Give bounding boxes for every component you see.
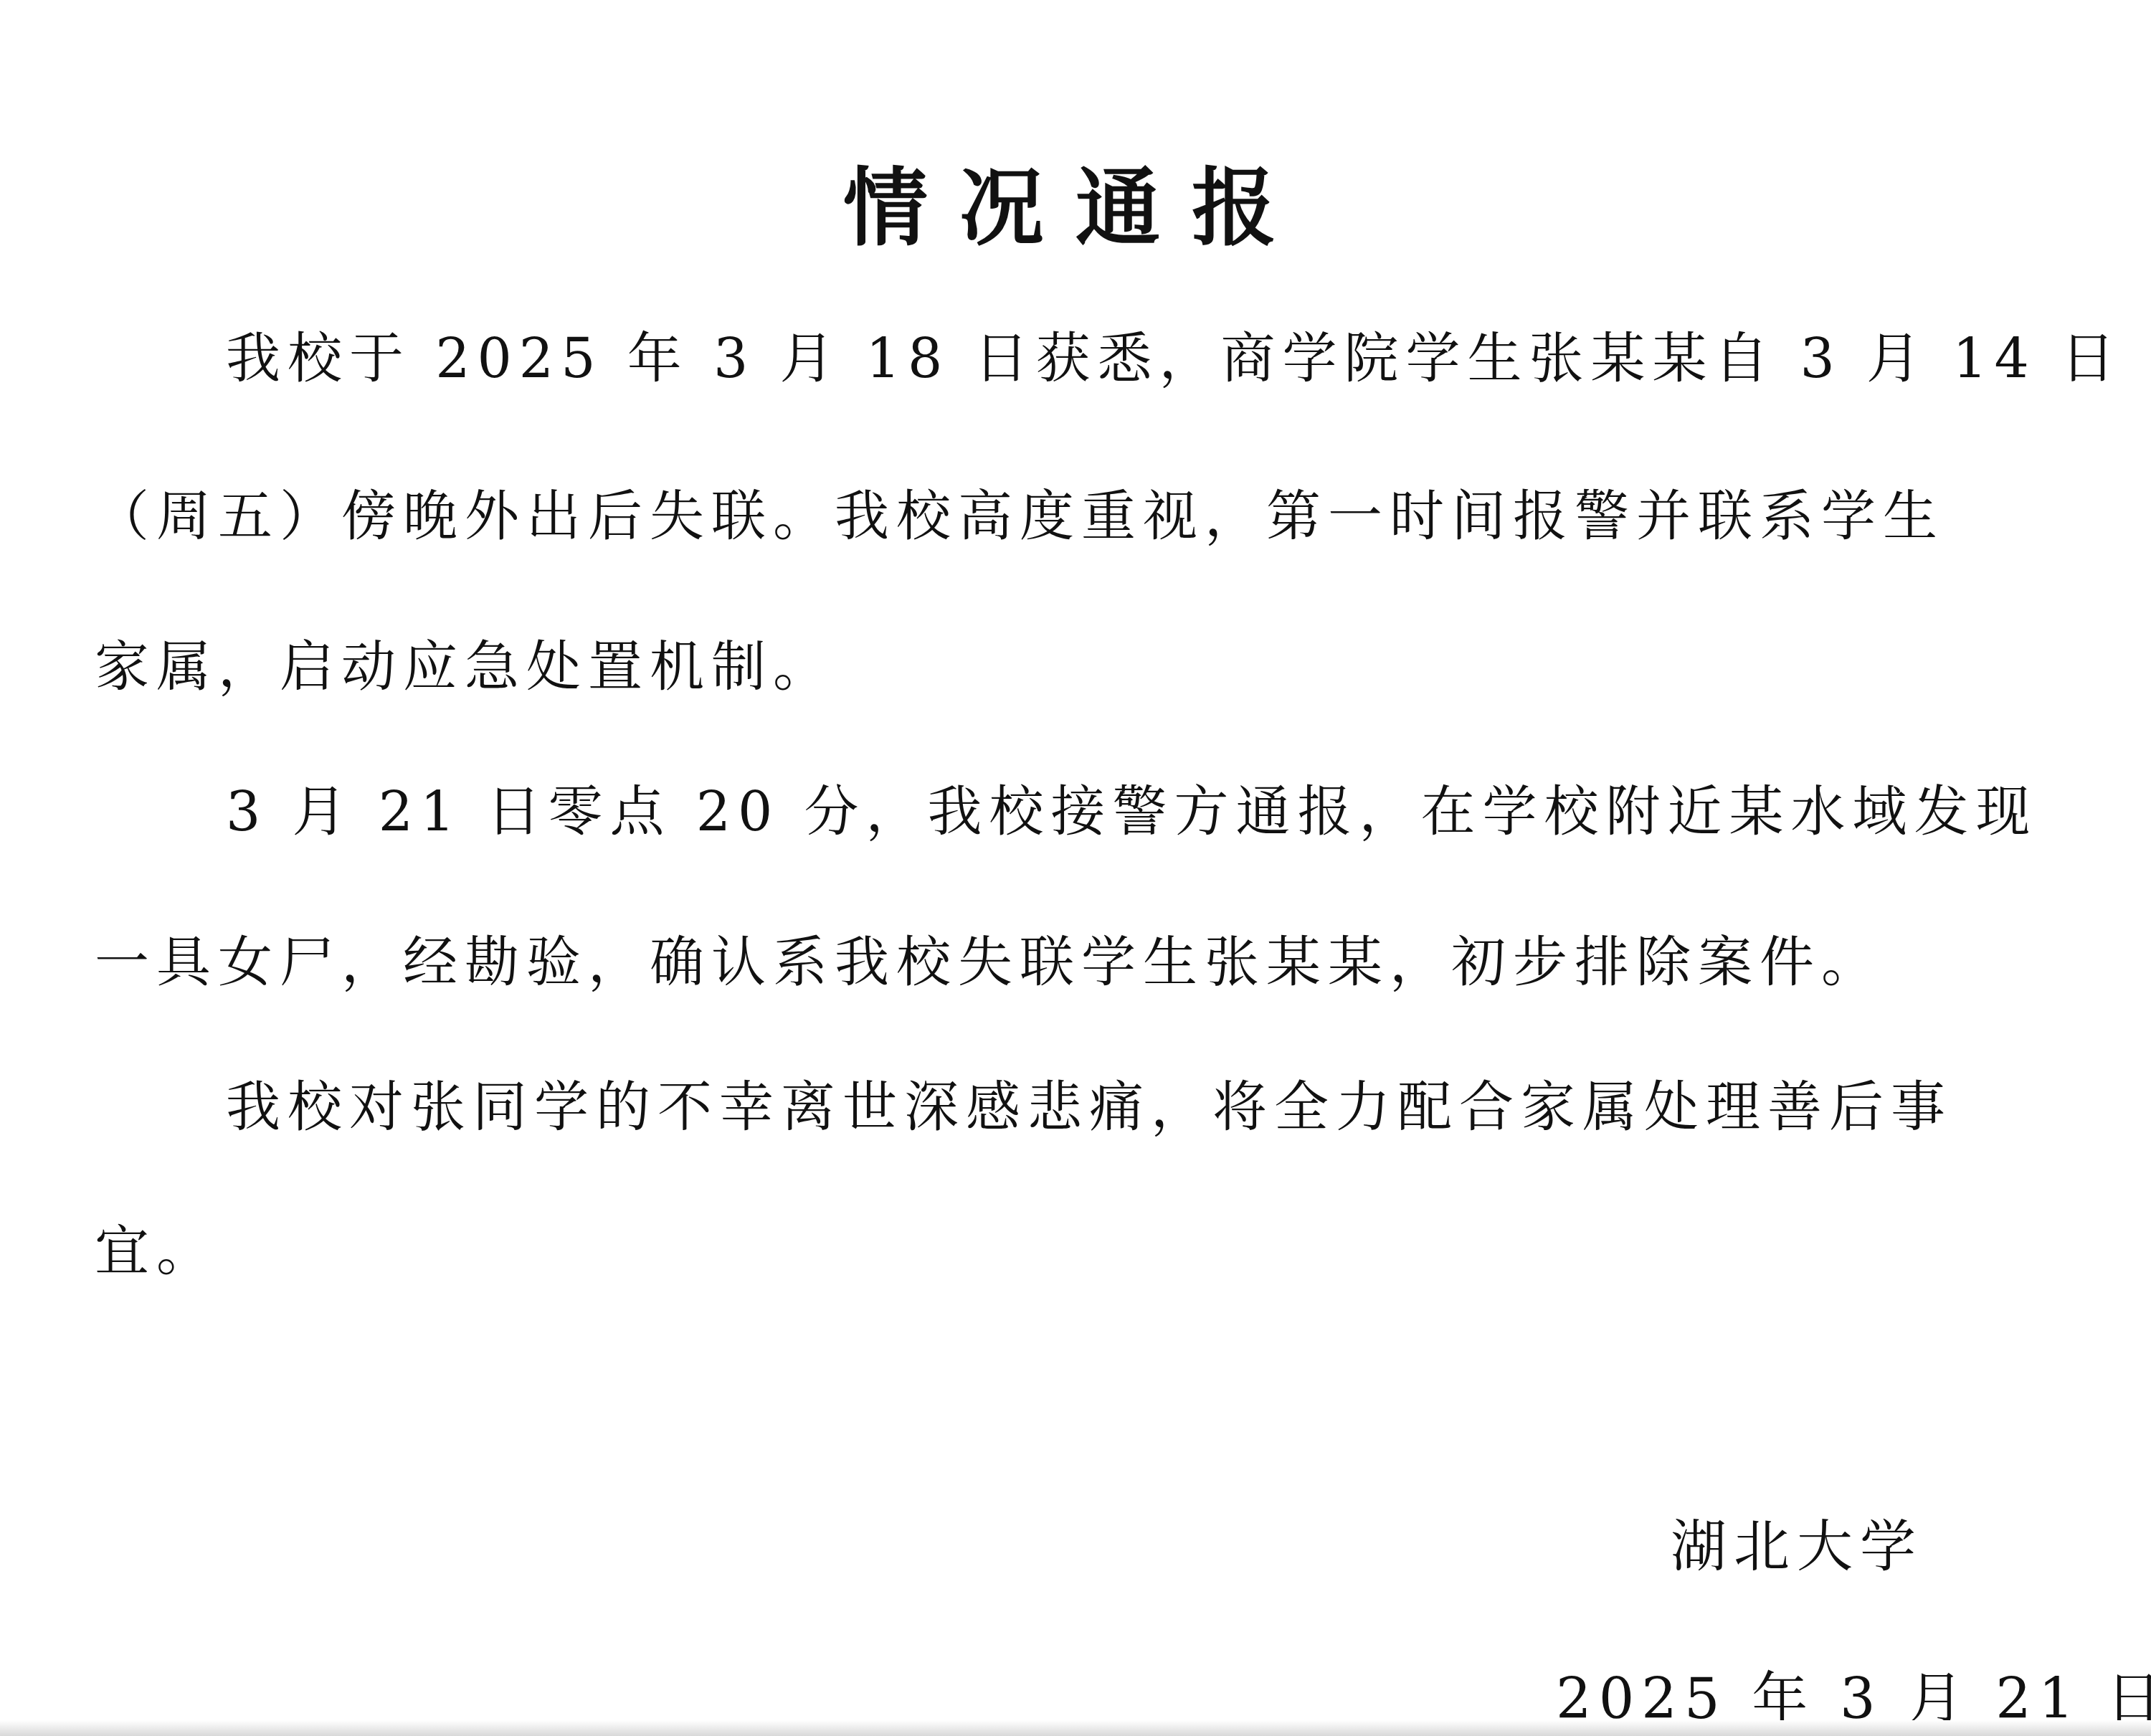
paragraph-1-line-2: （周五）傍晚外出后失联。我校高度重视，第一时间报警并联系学生: [95, 477, 1945, 556]
scan-edge: [0, 1720, 2151, 1736]
paragraph-2-line-2: 一具女尸，经勘验，确认系我校失联学生张某某，初步排除案件。: [95, 923, 1883, 1002]
paragraph-1-line-3: 家属，启动应急处置机制。: [95, 627, 835, 706]
paragraph-1-line-1: 我校于 2025 年 3 月 18 日获悉，商学院学生张某某自 3 月 14 日: [226, 319, 2122, 398]
paragraph-3-line-2: 宜。: [95, 1212, 218, 1291]
document-title: 情况通报: [0, 154, 2151, 262]
paragraph-3-line-1: 我校对张同学的不幸离世深感悲痛，将全力配合家属处理善后事: [226, 1068, 1952, 1147]
signature-organization: 湖北大学: [1671, 1508, 1923, 1587]
paragraph-2-line-1: 3 月 21 日零点 20 分，我校接警方通报，在学校附近某水域发现: [226, 772, 2038, 851]
